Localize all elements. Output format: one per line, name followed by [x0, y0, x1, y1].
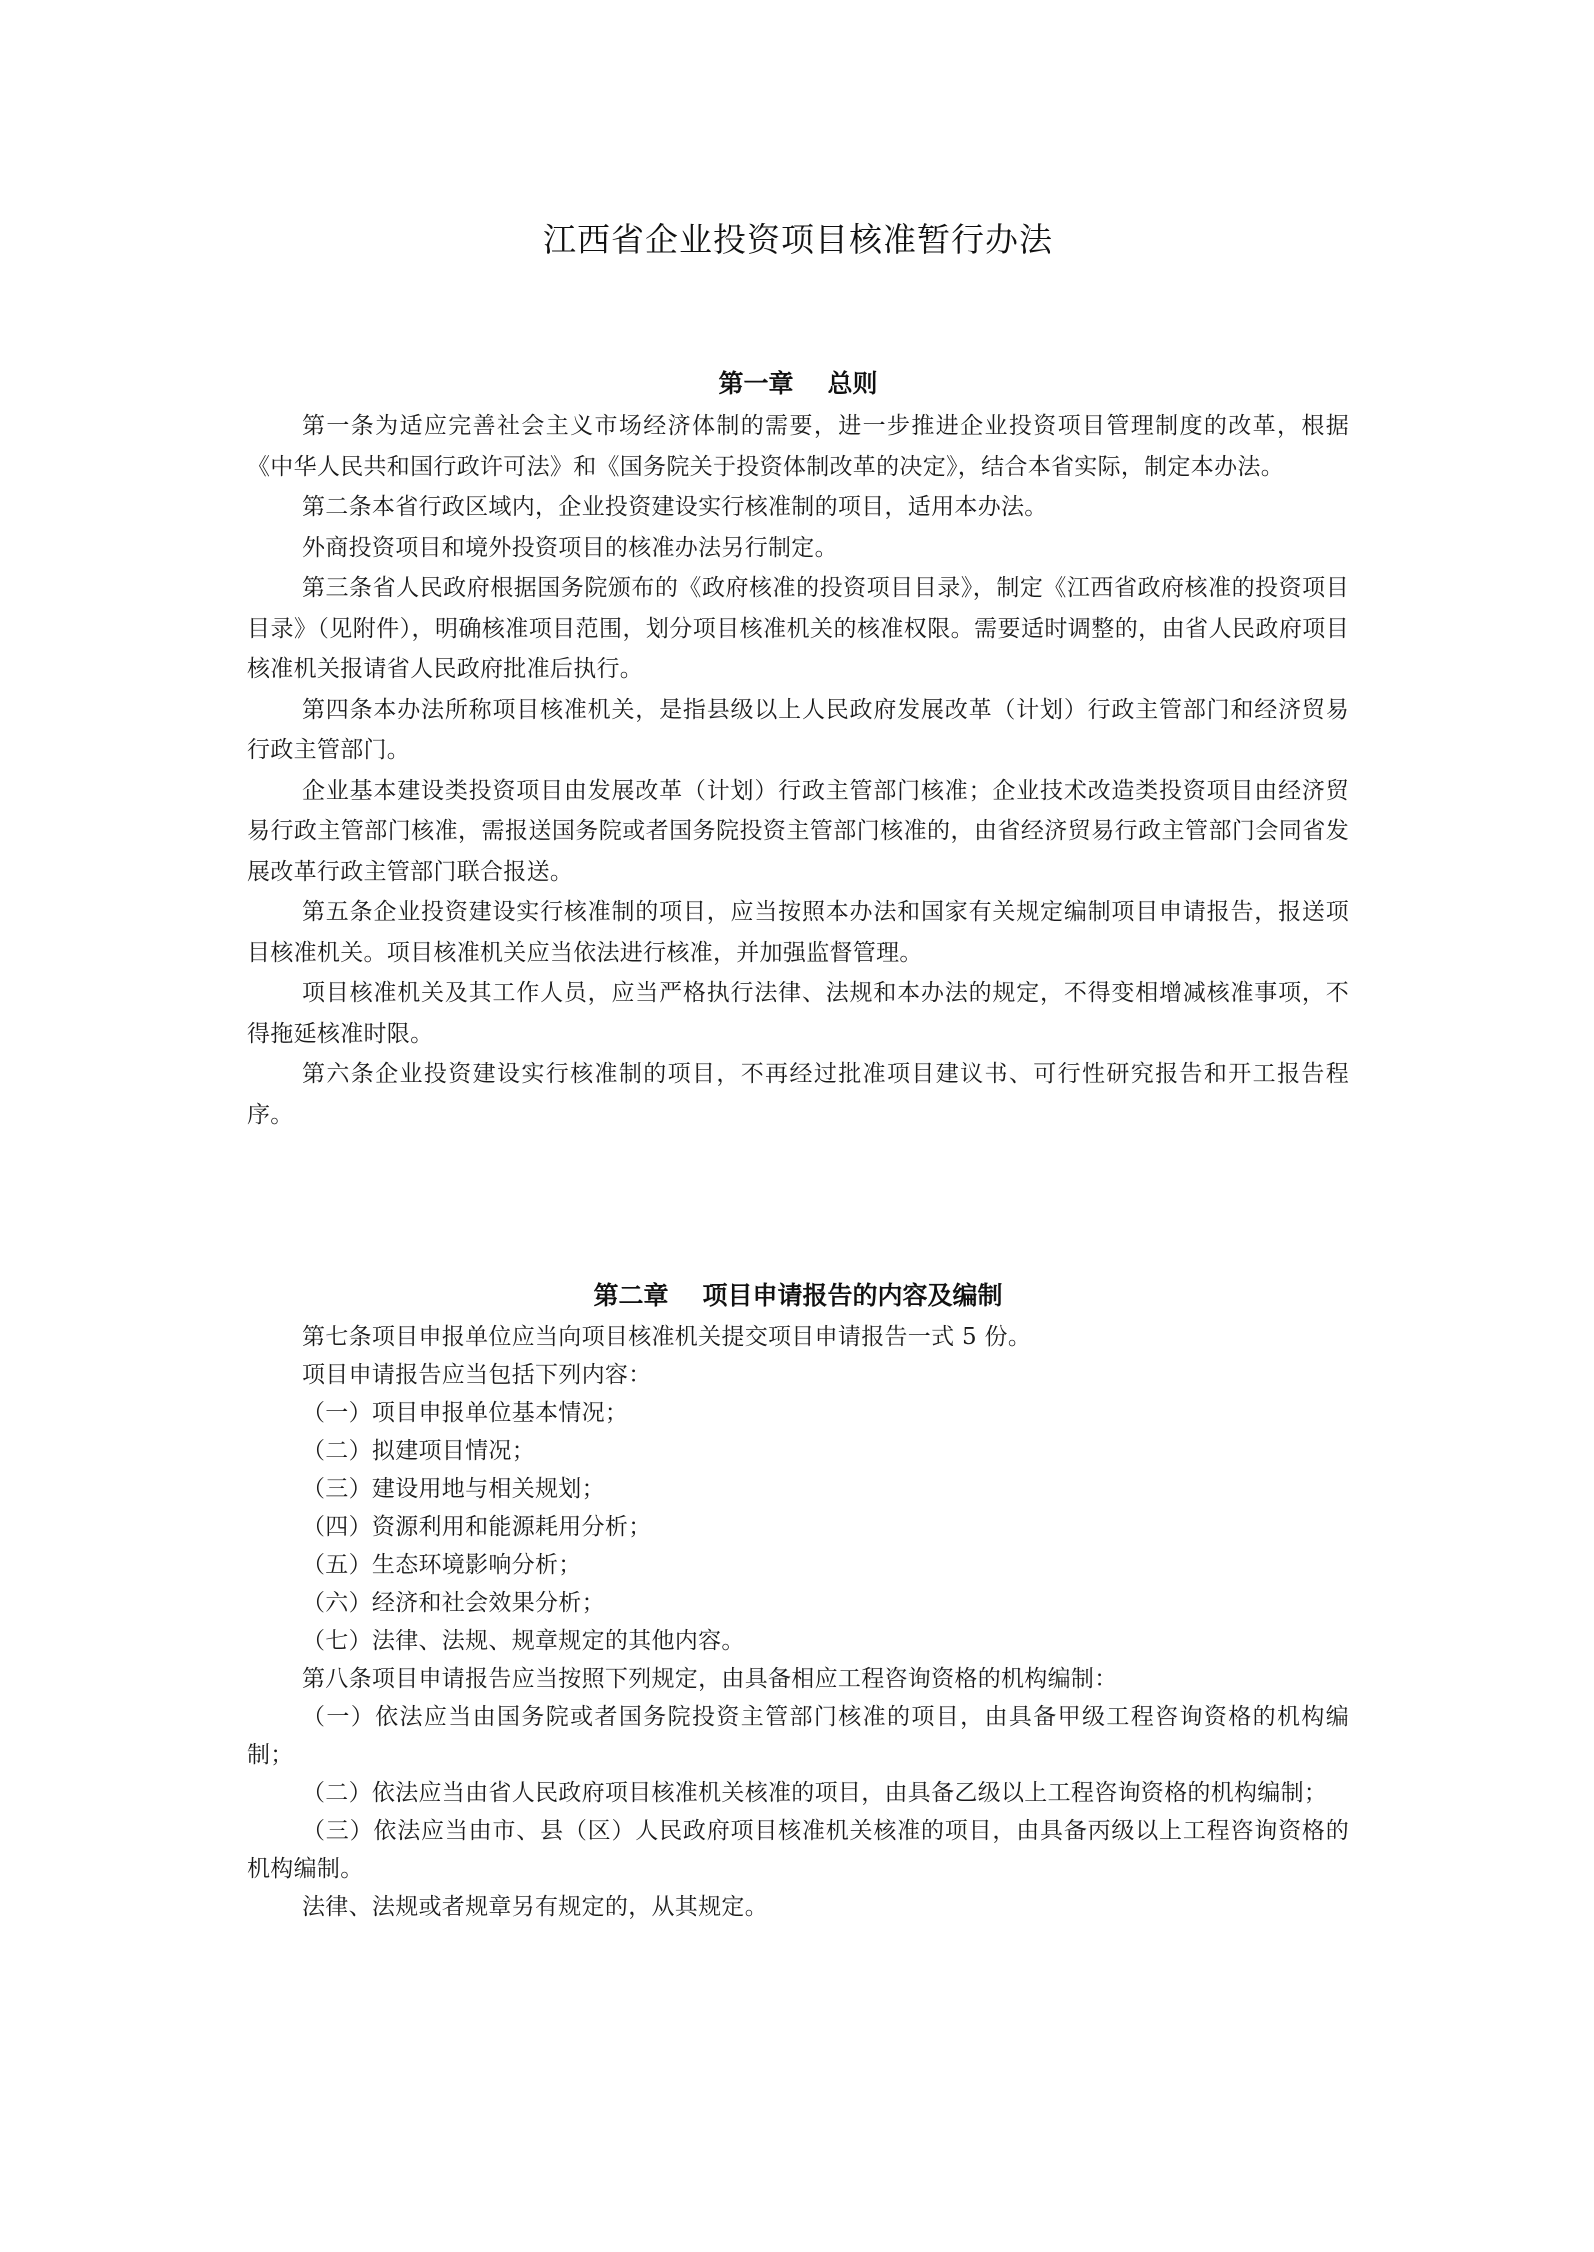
list-item: （二）拟建项目情况；	[247, 1432, 1349, 1470]
sub-item: （一）依法应当由国务院或者国务院投资主管部门核准的项目，由具备甲级工程咨询资格的…	[247, 1698, 1349, 1774]
list-item: （一）项目申报单位基本情况；	[247, 1394, 1349, 1432]
chapter-2-body: 第七条项目申报单位应当向项目核准机关提交项目申请报告一式 5 份。 项目申请报告…	[247, 1318, 1349, 1926]
article-7: 第七条项目申报单位应当向项目核准机关提交项目申请报告一式 5 份。	[247, 1318, 1349, 1356]
chapter-heading-1: 第一章总则	[247, 366, 1349, 402]
chapter-number: 第一章	[718, 369, 793, 398]
list-item: （四）资源利用和能源耗用分析；	[247, 1508, 1349, 1546]
article-8-note: 法律、法规或者规章另有规定的，从其规定。	[247, 1888, 1349, 1926]
list-item: （五）生态环境影响分析；	[247, 1546, 1349, 1584]
article-7-intro: 项目申请报告应当包括下列内容：	[247, 1356, 1349, 1394]
chapter-name: 总则	[828, 369, 878, 398]
article-2-note: 外商投资项目和境外投资项目的核准办法另行制定。	[247, 528, 1349, 569]
sub-item: （三）依法应当由市、县（区）人民政府项目核准机关核准的项目，由具备丙级以上工程咨…	[247, 1812, 1349, 1888]
article-4: 第四条本办法所称项目核准机关，是指县级以上人民政府发展改革（计划）行政主管部门和…	[247, 690, 1349, 771]
article-3: 第三条省人民政府根据国务院颁布的《政府核准的投资项目目录》，制定《江西省政府核准…	[247, 568, 1349, 690]
chapter-number: 第二章	[593, 1281, 668, 1310]
list-item: （六）经济和社会效果分析；	[247, 1584, 1349, 1622]
chapter-heading-2: 第二章项目申请报告的内容及编制	[247, 1278, 1349, 1314]
article-4-note: 企业基本建设类投资项目由发展改革（计划）行政主管部门核准；企业技术改造类投资项目…	[247, 771, 1349, 893]
article-6: 第六条企业投资建设实行核准制的项目，不再经过批准项目建议书、可行性研究报告和开工…	[247, 1054, 1349, 1135]
article-5-note: 项目核准机关及其工作人员，应当严格执行法律、法规和本办法的规定，不得变相增减核准…	[247, 973, 1349, 1054]
article-1: 第一条为适应完善社会主义市场经济体制的需要，进一步推进企业投资项目管理制度的改革…	[247, 406, 1349, 487]
document-title: 江西省企业投资项目核准暂行办法	[247, 218, 1349, 262]
article-2: 第二条本省行政区域内，企业投资建设实行核准制的项目，适用本办法。	[247, 487, 1349, 528]
list-item: （三）建设用地与相关规划；	[247, 1470, 1349, 1508]
chapter-name: 项目申请报告的内容及编制	[703, 1281, 1003, 1310]
sub-item: （二）依法应当由省人民政府项目核准机关核准的项目，由具备乙级以上工程咨询资格的机…	[247, 1774, 1349, 1812]
article-8: 第八条项目申请报告应当按照下列规定，由具备相应工程咨询资格的机构编制：	[247, 1660, 1349, 1698]
list-item: （七）法律、法规、规章规定的其他内容。	[247, 1622, 1349, 1660]
article-5: 第五条企业投资建设实行核准制的项目，应当按照本办法和国家有关规定编制项目申请报告…	[247, 892, 1349, 973]
chapter-1-body: 第一条为适应完善社会主义市场经济体制的需要，进一步推进企业投资项目管理制度的改革…	[247, 406, 1349, 1135]
